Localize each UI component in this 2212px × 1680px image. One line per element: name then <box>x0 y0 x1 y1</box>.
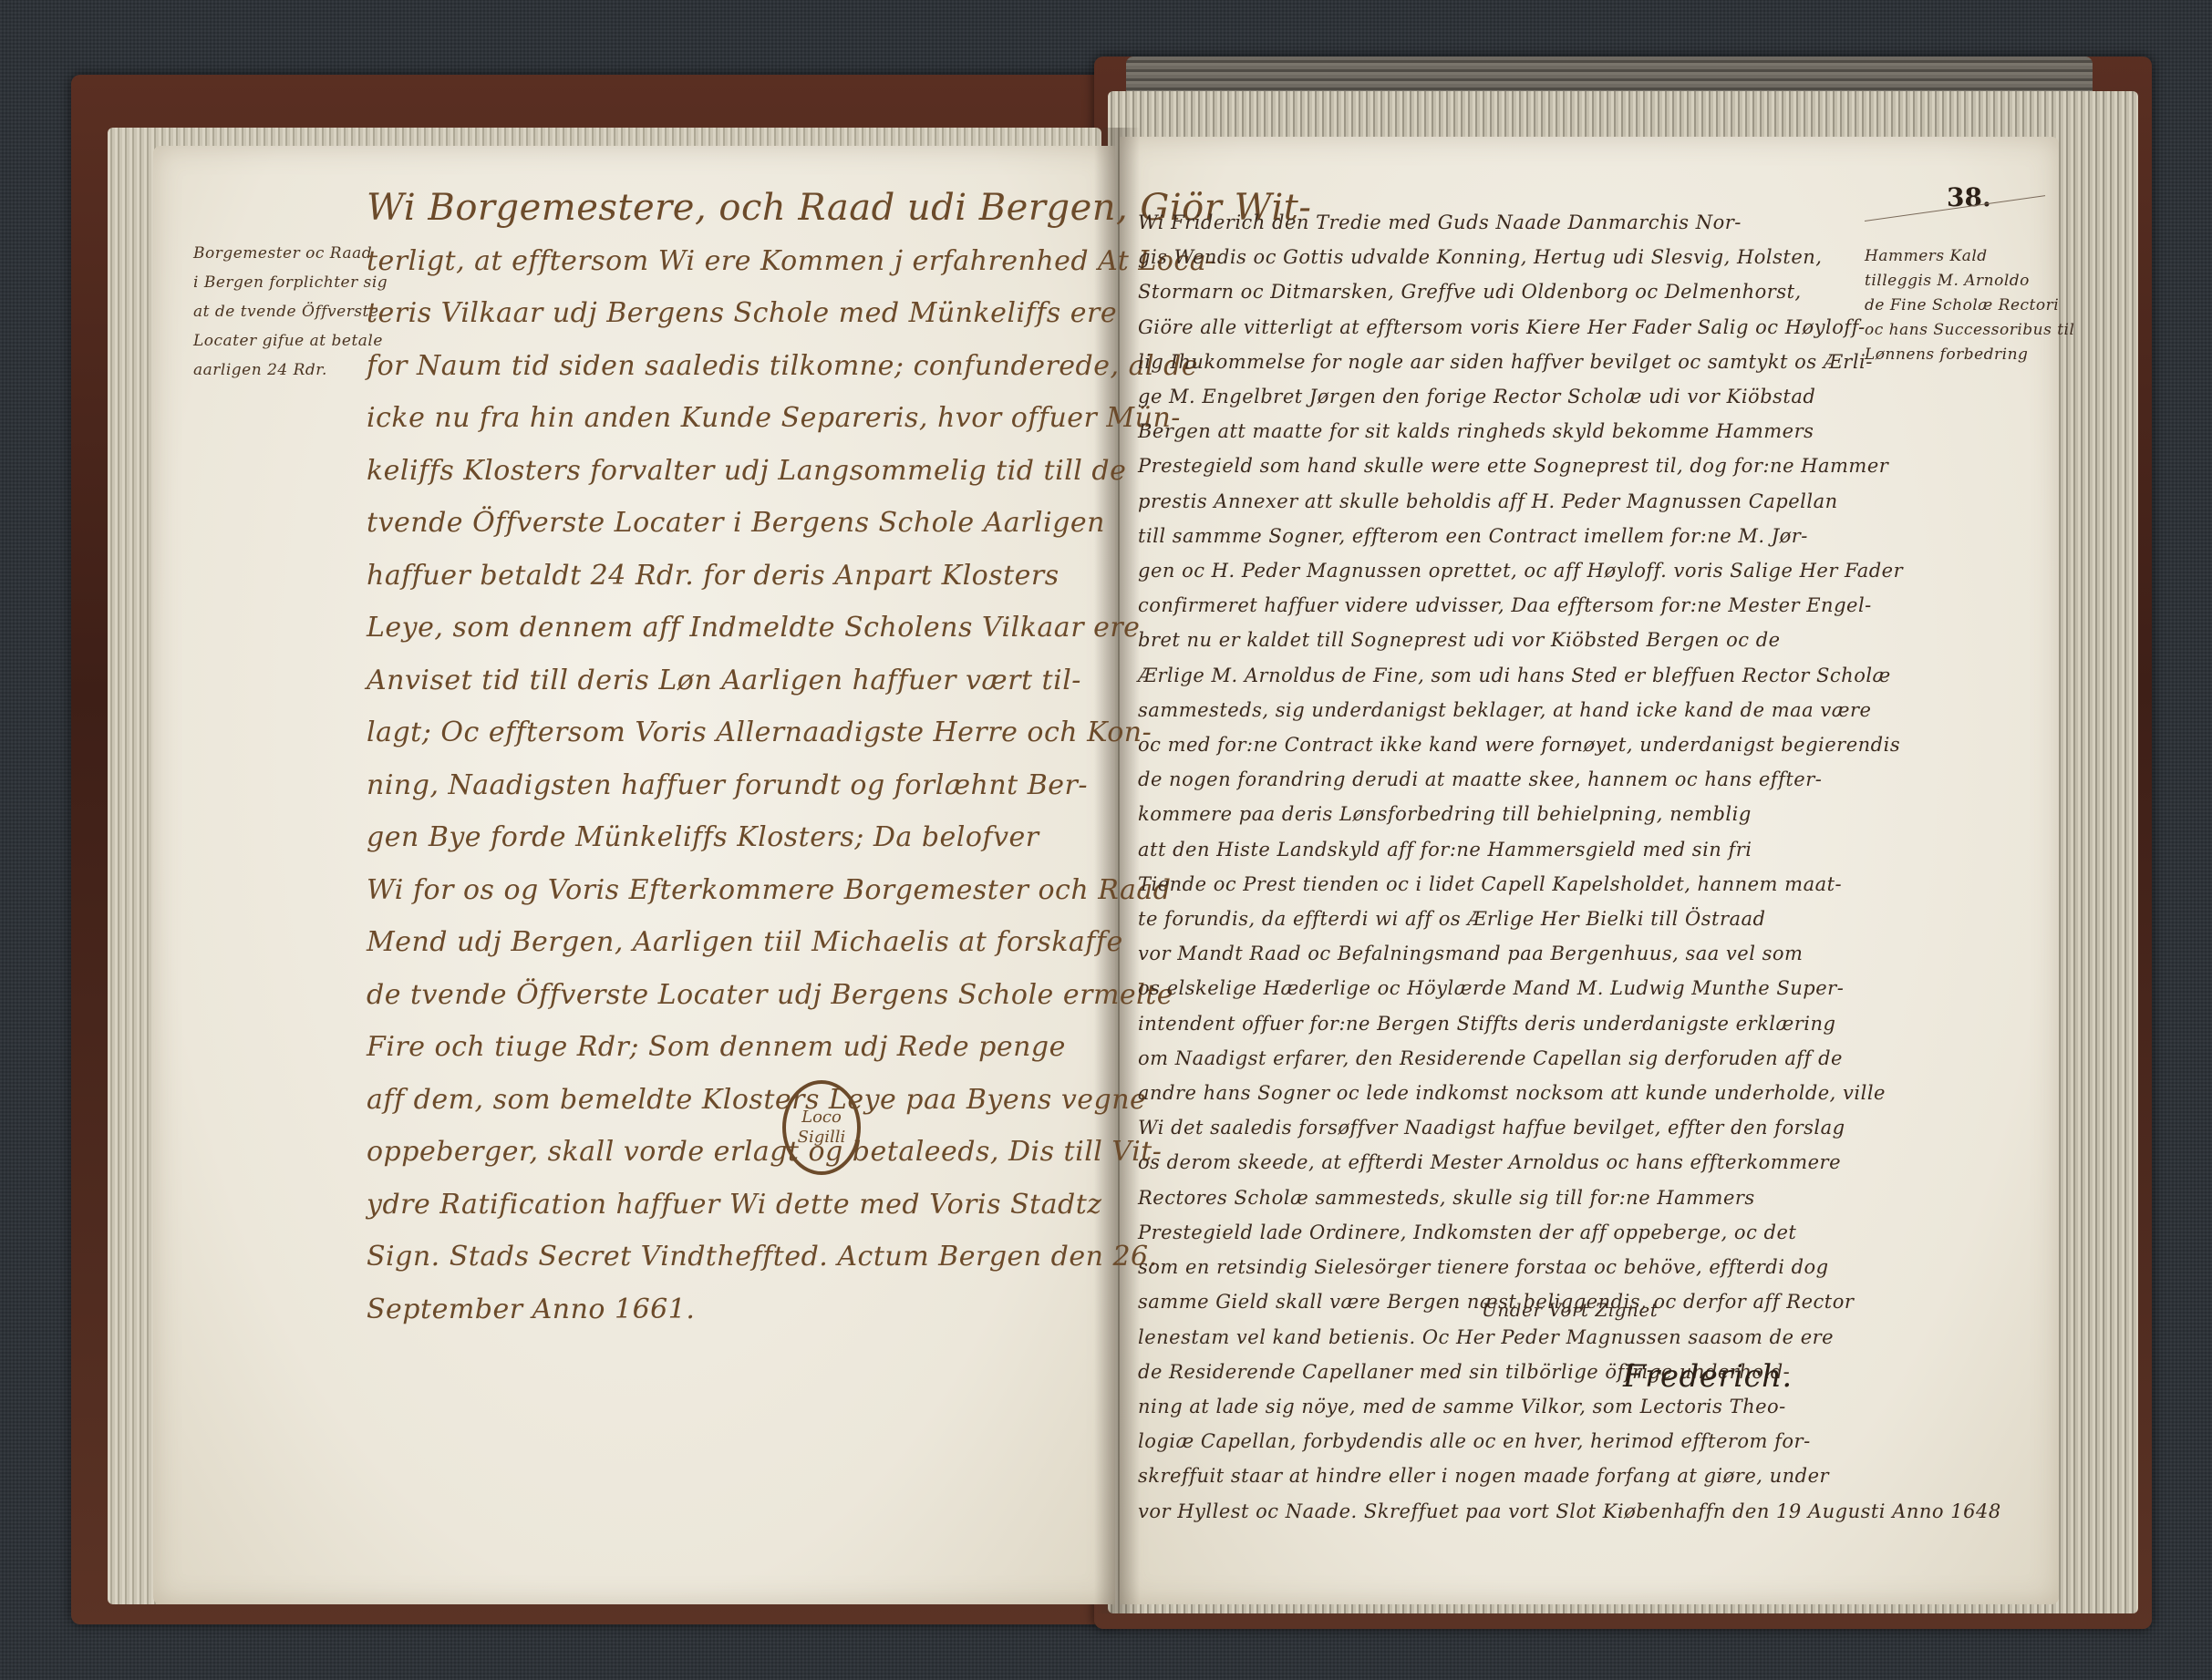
text-line: Ærlige M. Arnoldus de Fine, som udi hans… <box>1138 658 1813 693</box>
text-line: Leye, som dennem aff Indmeldte Scholens … <box>367 602 1096 654</box>
text-line: Wi for os og Voris Efterkommere Borgemes… <box>367 864 1096 917</box>
text-line: Stormarn oc Ditmarsken, Greffve udi Olde… <box>1138 274 1813 309</box>
margin-note-line: i Bergen forplichter sig <box>193 268 388 297</box>
text-line: ning, Naadigsten haffuer forundt og forl… <box>367 759 1096 812</box>
margin-note-line: tilleggis M. Arnoldo <box>1865 269 2074 294</box>
text-line: gen Bye forde Münkeliffs Klosters; Da be… <box>367 811 1096 864</box>
text-line: de nogen forandring derudi at maatte ske… <box>1138 762 1813 797</box>
text-line: att den Histe Landskyld aff for:ne Hamme… <box>1138 832 1813 867</box>
text-line: lig Ihukommelse for nogle aar siden haff… <box>1138 345 1813 379</box>
text-line: vor Mandt Raad oc Befalningsmand paa Ber… <box>1138 936 1813 971</box>
right-margin-note: Hammers Kald tilleggis M. Arnoldo de Fin… <box>1865 244 2074 367</box>
text-line: andre hans Sogner oc lede indkomst nocks… <box>1138 1076 1813 1110</box>
text-line: Fire och tiuge Rdr; Som dennem udj Rede … <box>367 1021 1096 1074</box>
text-line: September Anno 1661. <box>367 1283 1096 1336</box>
text-line: Anviset tid till deris Løn Aarligen haff… <box>367 654 1096 707</box>
text-line: oc med for:ne Contract ikke kand were fo… <box>1138 727 1813 762</box>
text-line: ge M. Engelbret Jørgen den forige Rector… <box>1138 379 1813 414</box>
text-line: som en retsindig Sielesörger tienere for… <box>1138 1250 1813 1284</box>
margin-note-line: at de tvende Öffverste <box>193 297 388 326</box>
left-page-body: Wi Borgemestere, och Raad udi Bergen, Gi… <box>367 182 1096 1335</box>
text-line: om Naadigst erfarer, den Residerende Cap… <box>1138 1041 1813 1076</box>
text-line: Rectores Scholæ sammesteds, skulle sig t… <box>1138 1180 1813 1215</box>
text-line: terligt, at efftersom Wi ere Kommen j er… <box>367 235 1096 288</box>
text-line: Tiende oc Prest tienden oc i lidet Capel… <box>1138 867 1813 902</box>
text-line: vor Hyllest oc Naade. Skreffuet paa vort… <box>1138 1494 1813 1529</box>
text-line: lenestam vel kand betienis. Oc Her Peder… <box>1138 1320 1813 1355</box>
right-page-body: Wi Friderich den Tredie med Guds Naade D… <box>1138 205 1813 1529</box>
text-line: gen oc H. Peder Magnussen oprettet, oc a… <box>1138 553 1813 588</box>
text-line: Giöre alle vitterligt at efftersom voris… <box>1138 310 1813 345</box>
left-margin-note: Borgemester oc Raad i Bergen forplichter… <box>193 239 388 385</box>
text-line: haffuer betaldt 24 Rdr. for deris Anpart… <box>367 550 1096 603</box>
text-line: till sammme Sogner, effterom een Contrac… <box>1138 519 1813 553</box>
text-line: Bergen att maatte for sit kalds ringheds… <box>1138 414 1813 448</box>
loco-sigilli-seal: Loco Sigilli <box>782 1080 861 1175</box>
text-line: Prestegield lade Ordinere, Indkomsten de… <box>1138 1215 1813 1250</box>
seal-text: Sigilli <box>798 1128 846 1148</box>
margin-note-line: Borgemester oc Raad <box>193 239 388 268</box>
text-line: ydre Ratification haffuer Wi dette med V… <box>367 1179 1096 1232</box>
text-line: bret nu er kaldet till Sogneprest udi vo… <box>1138 623 1813 657</box>
seal-text: Loco <box>801 1108 842 1128</box>
text-line: aff dem, som bemeldte Klosters Leye paa … <box>367 1074 1096 1127</box>
text-line: tvende Öffverste Locater i Bergens Schol… <box>367 497 1096 550</box>
text-line: os elskelige Hæderlige oc Höylærde Mand … <box>1138 971 1813 1005</box>
text-line: prestis Annexer att skulle beholdis aff … <box>1138 484 1813 519</box>
text-line: os derom skeede, at effterdi Mester Arno… <box>1138 1145 1813 1180</box>
text-line: icke nu fra hin anden Kunde Separeris, h… <box>367 392 1096 445</box>
text-line: confirmeret haffuer videre udvisser, Daa… <box>1138 588 1813 623</box>
closing-formula: Under Vort Zignet <box>1482 1299 1658 1321</box>
text-line: Mend udj Bergen, Aarligen tiil Michaelis… <box>367 916 1096 969</box>
text-line: samme Gield skall være Bergen næst belig… <box>1138 1284 1813 1319</box>
margin-note-line: de Fine Scholæ Rectori <box>1865 294 2074 318</box>
margin-note-line: Lønnens forbedring <box>1865 343 2074 367</box>
text-line: gis Wendis oc Gottis udvalde Konning, He… <box>1138 240 1813 274</box>
margin-note-line: oc hans Successoribus til <box>1865 318 2074 343</box>
text-line: intendent offuer for:ne Bergen Stiffts d… <box>1138 1006 1813 1041</box>
text-line: skreffuit staar at hindre eller i nogen … <box>1138 1458 1813 1493</box>
margin-note-line: Locater gifue at betale <box>193 326 388 356</box>
text-line: teris Vilkaar udj Bergens Schole med Mün… <box>367 287 1096 340</box>
text-line: de tvende Öffverste Locater udj Bergens … <box>367 969 1096 1022</box>
text-line: Wi det saaledis forsøffver Naadigst haff… <box>1138 1110 1813 1145</box>
text-line: for Naum tid siden saaledis tilkomne; co… <box>367 340 1096 393</box>
text-line: oppeberger, skall vorde erlagt og betale… <box>367 1126 1096 1179</box>
royal-signature: Frederich. <box>1623 1358 1793 1395</box>
text-line: te forundis, da effterdi wi aff os Ærlig… <box>1138 902 1813 936</box>
margin-note-line: Hammers Kald <box>1865 244 2074 269</box>
text-line: Wi Borgemestere, och Raad udi Bergen, Gi… <box>367 182 1096 235</box>
text-line: Sign. Stads Secret Vindtheffted. Actum B… <box>367 1231 1096 1283</box>
margin-note-line: aarligen 24 Rdr. <box>193 356 388 385</box>
text-line: Prestegield som hand skulle were ette So… <box>1138 448 1813 483</box>
text-line: sammesteds, sig underdanigst beklager, a… <box>1138 693 1813 727</box>
text-line: lagt; Oc efftersom Voris Allernaadigste … <box>367 706 1096 759</box>
text-line: Wi Friderich den Tredie med Guds Naade D… <box>1138 205 1813 240</box>
text-line: logiæ Capellan, forbydendis alle oc en h… <box>1138 1424 1813 1458</box>
text-line: keliffs Klosters forvalter udj Langsomme… <box>367 445 1096 498</box>
text-line: kommere paa deris Lønsforbedring till be… <box>1138 797 1813 831</box>
